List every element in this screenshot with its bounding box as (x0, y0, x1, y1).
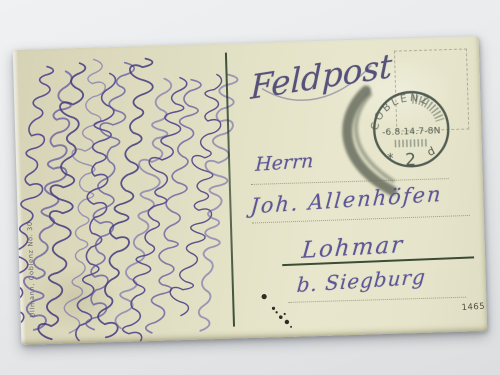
ink-specks (261, 293, 292, 328)
serial-number: 1465 (461, 302, 485, 314)
address-salutation: Herrn (255, 150, 314, 176)
postcard: Ullmann, Coblenz No. 30 (13, 36, 488, 345)
postmark-index-number: 2 (405, 150, 416, 170)
postmark-date: -6.8.14.7-8N (382, 126, 441, 138)
postmark-star: * (387, 152, 394, 167)
postmark-stamp: COBLENZ -6.8.14.7-8N * 2 d (366, 84, 457, 175)
photo-backdrop: Ullmann, Coblenz No. 30 (0, 0, 500, 375)
postmark-hatch-bar (395, 143, 429, 144)
